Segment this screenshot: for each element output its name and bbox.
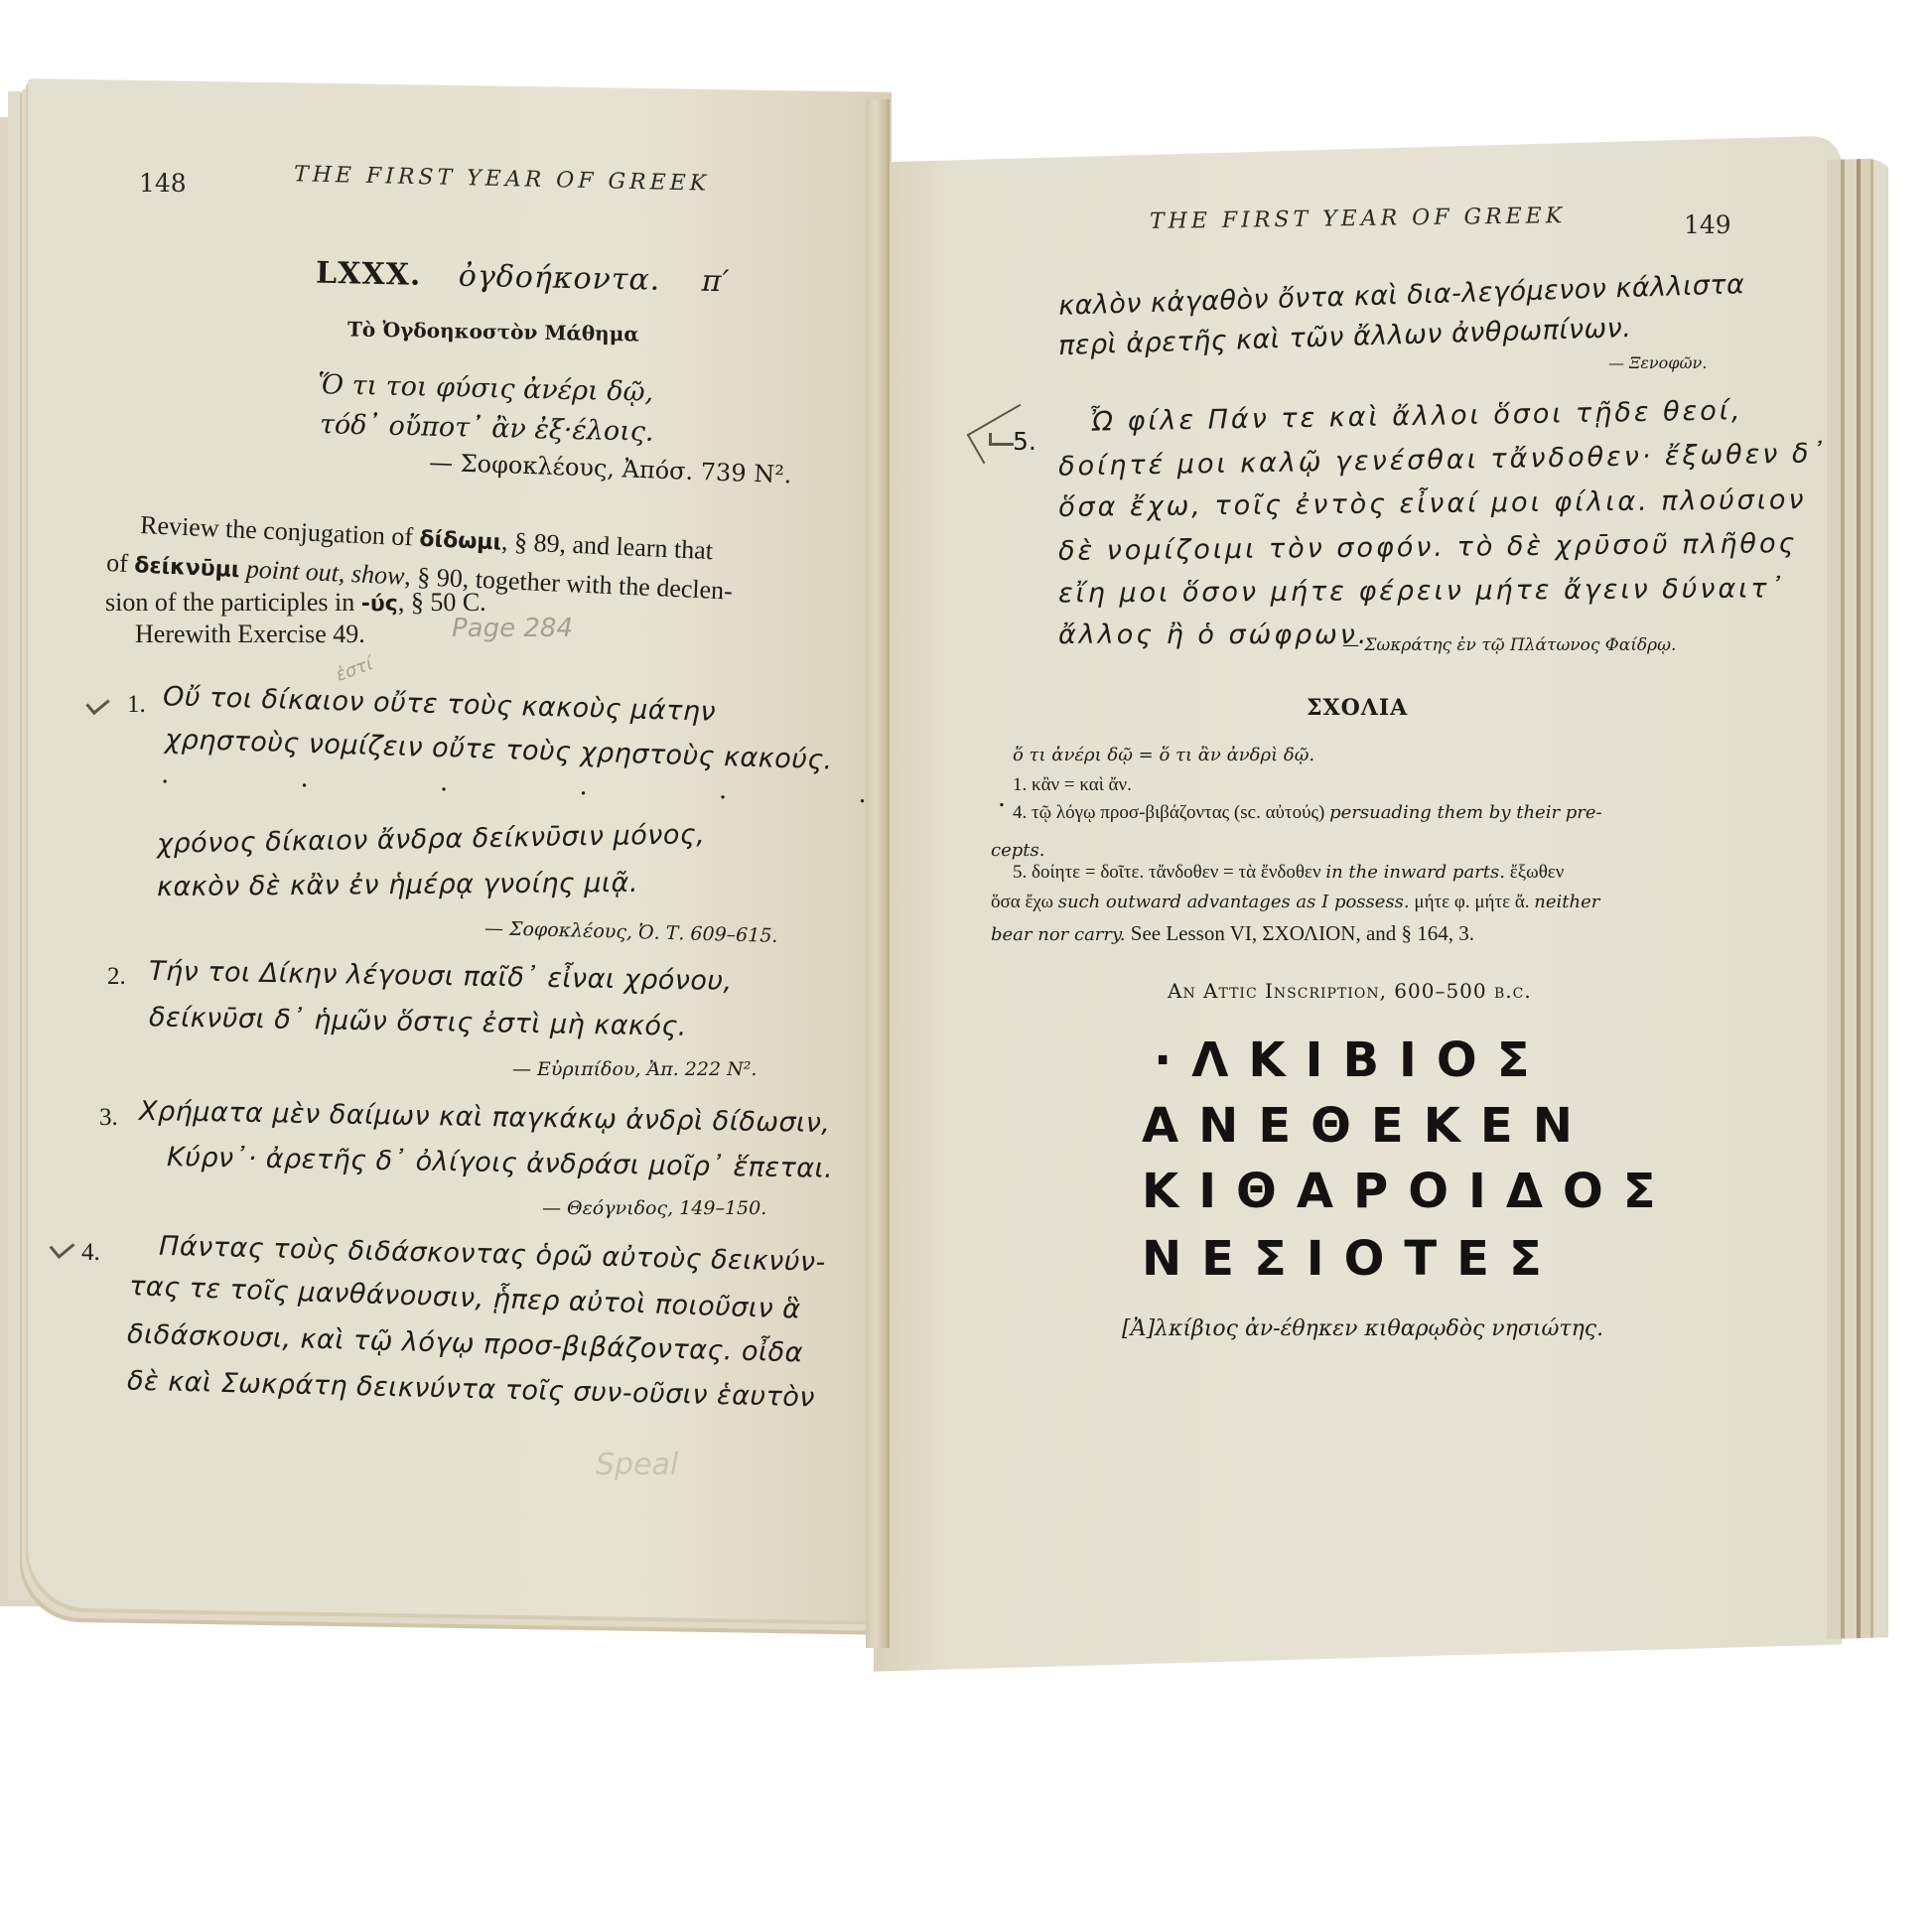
exercise-line: δοίητέ μοι καλῷ γενέσθαι τἄνδοθεν· ἔξωθε… [1058,438,1828,483]
scholia-note: bear nor carry. See Lesson VI, ΣΧΟΛΙΟΝ, … [991,921,1474,946]
scholia-note: ὅ τι ἀνέρι δῷ = ὅ τι ἂν ἀνδρὶ δῷ. [1013,745,1314,766]
scholia-note: 1. κἂν = καὶ ἄν. [1013,774,1132,796]
inscription-line: ΝΕΣΙΟΤΕΣ [1142,1231,1562,1287]
scholia-note: 4. τῷ λόγῳ προσ-βιβάζοντας (sc. αὐτούς) … [1013,802,1602,824]
inscription-line: ΑΝΕΘΕΚΕΝ [1142,1098,1592,1154]
inscription-caption: An Attic Inscription, 600–500 b.c. [1168,979,1532,1003]
exercise-line: ἄλλος ἢ ὁ σώφρων. [1058,620,1369,650]
scholia-note: ὅσα ἔχω such outward advantages as I pos… [991,892,1599,913]
continuation-attribution: — Ξενοφῶν. [1608,353,1707,372]
exercise-number: 5. [1013,427,1036,456]
inscription-line: ·ΛΚΙΒΙΟΣ [1154,1033,1549,1088]
pencil-check-mark [989,433,1014,446]
exercise-line: εἴη μοι ὅσον μήτε φέρειν μήτε ἄγειν δύνα… [1058,573,1786,609]
continuation-line: καλὸν κἀγαθὸν ὄντα καὶ δια-λεγόμενον κάλ… [1058,269,1745,322]
exercise-attribution: — Σωκράτης ἐν τῷ Πλάτωνος Φαίδρῳ. [1342,635,1676,655]
right-page-text: THE FIRST YEAR OF GREEK 149 καλὸν κἀγαθὸ… [0,0,1932,1932]
continuation-line: περὶ ἀρετῆς καὶ τῶν ἄλλων ἀνθρωπίνων. [1058,313,1632,361]
exercise-line: Ὦ φίλε Πάν τε καὶ ἄλλοι ὅσοι τῇδε θεοί, [1088,395,1743,438]
inscription-line: ΚΙΘΑΡΟΙΔΟΣ [1142,1164,1676,1219]
exercise-line: ὅσα ἔχω, τοῖς ἐντὸς εἶναί μοι φίλια. πλο… [1058,484,1807,523]
scholia-note: 5. δοίητε = δοῖτε. τἄνδοθεν = τὰ ἔνδοθεν… [1013,862,1564,884]
running-head-right: THE FIRST YEAR OF GREEK [1150,204,1566,234]
page-number-right: 149 [1684,210,1731,239]
scholia-heading: ΣΧΟΛΙΑ [1307,695,1408,721]
exercise-line: δὲ νομίζοιμι τὸν σοφόν. τὸ δὲ χρῡσοῦ πλῆ… [1058,528,1798,567]
scholia-note: cepts. [991,840,1044,862]
inscription-transcription: [Ἀ]λκίβιος ἀν-έθηκεν κιθαρῳδὸς νησιώτης. [1122,1316,1603,1341]
